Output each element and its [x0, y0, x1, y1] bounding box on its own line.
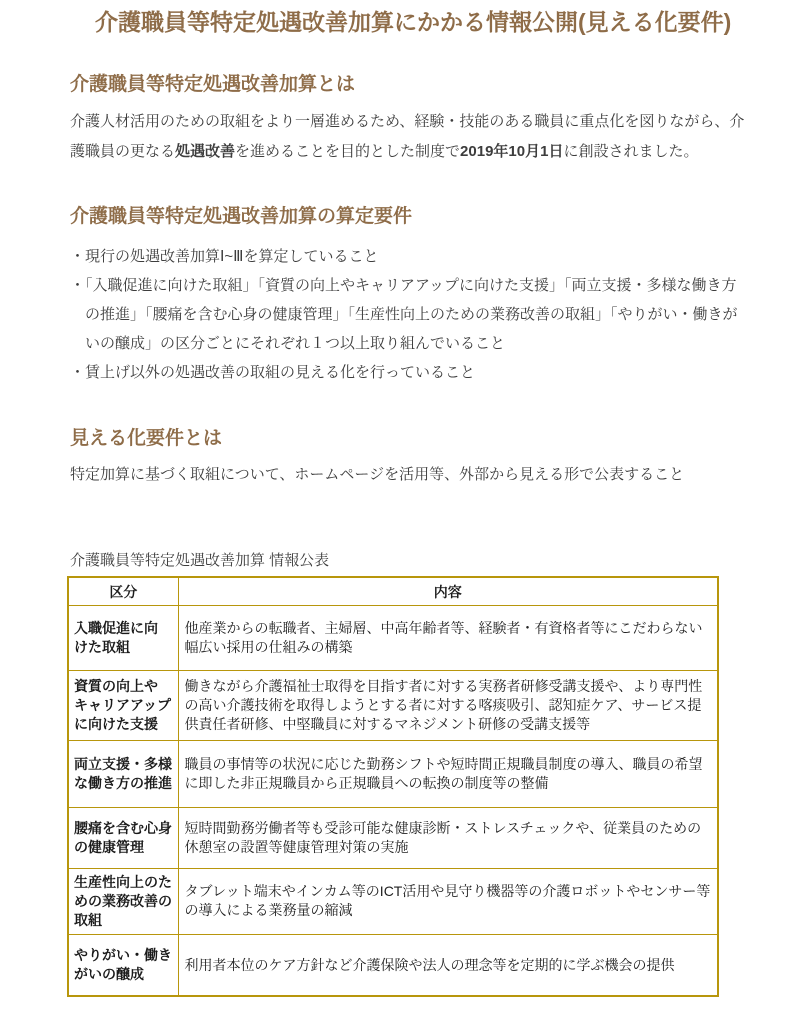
section-about: 介護職員等特定処遇改善加算とは 介護人材活用のための取組をより一層進めるため、経…: [70, 73, 745, 167]
requirement-bullet-2: ・「入職促進に向けた取組」「資質の向上やキャリアアップに向けた支援」「両立支援・…: [70, 271, 745, 358]
table-row-career-support: 資質の向上や キャリアアップ に向けた支援 働きながら介護福祉士取得を目指す者に…: [68, 670, 718, 740]
section-heading-visibility: 見える化要件とは: [70, 427, 745, 452]
requirement-bullet-3: ・賃上げ以外の処遇改善の取組の見える化を行っていること: [70, 358, 745, 387]
requirement-bullet-1: ・現行の処遇改善加算Ⅰ~Ⅲを算定していること: [70, 242, 745, 271]
content-cell: 他産業からの転職者、主婦層、中高年齢者等、経験者・有資格者等にこだわらない幅広い…: [178, 605, 718, 670]
about-paragraph: 介護人材活用のための取組をより一層進めるため、経験・技能のある職員に重点化を図り…: [70, 107, 745, 167]
about-text-2: を進めることを目的とした制度で: [235, 143, 460, 160]
table-row-productivity: 生産性向上のた めの業務改善の 取組 タブレット端末やインカム等のICT活用や見…: [68, 868, 718, 934]
section-visibility: 見える化要件とは 特定加算に基づく取組について、ホームページを活用等、外部から見…: [70, 427, 745, 491]
section-heading-requirements: 介護職員等特定処遇改善加算の算定要件: [70, 205, 745, 230]
content-cell: 働きながら介護福祉士取得を目指す者に対する実務者研修受講支援や、より専門性の高い…: [178, 670, 718, 740]
column-header-category: 区分: [68, 577, 178, 605]
content-cell: 短時間勤務労働者等も受診可能な健康診断・ストレスチェックや、従業員のための休憩室…: [178, 807, 718, 868]
table-header-row: 区分 内容: [68, 577, 718, 605]
content-cell: 職員の事情等の状況に応じた勤務シフトや短時間正規職員制度の導入、職員の希望に即し…: [178, 740, 718, 807]
category-cell: 生産性向上のた めの業務改善の 取組: [68, 868, 178, 934]
about-text-3: に創設されました。: [563, 143, 698, 160]
about-bold-date: 2019年10月1日: [460, 143, 563, 160]
category-cell: 腰痛を含む心身 の健康管理: [68, 807, 178, 868]
disclosure-table: 区分 内容 入職促進に向 けた取組 他産業からの転職者、主婦層、中高年齢者等、経…: [67, 576, 719, 997]
table-row-health-management: 腰痛を含む心身 の健康管理 短時間勤務労働者等も受診可能な健康診断・ストレスチェ…: [68, 807, 718, 868]
table-row-recruitment: 入職促進に向 けた取組 他産業からの転職者、主婦層、中高年齢者等、経験者・有資格…: [68, 605, 718, 670]
requirements-bullet-list: ・現行の処遇改善加算Ⅰ~Ⅲを算定していること ・「入職促進に向けた取組」「資質の…: [70, 242, 745, 387]
section-requirements: 介護職員等特定処遇改善加算の算定要件 ・現行の処遇改善加算Ⅰ~Ⅲを算定しているこ…: [70, 205, 745, 387]
category-cell: 資質の向上や キャリアアップ に向けた支援: [68, 670, 178, 740]
disclosure-table-block: 介護職員等特定処遇改善加算 情報公表 区分 内容 入職促進に向 けた取組 他産業…: [70, 550, 745, 997]
content-cell: タブレット端末やインカム等のICT活用や見守り機器等の介護ロボットやセンサー等の…: [178, 868, 718, 934]
category-cell: 両立支援・多様 な働き方の推進: [68, 740, 178, 807]
page-title: 介護職員等特定処遇改善加算にかかる情報公開(見える化要件): [70, 6, 745, 39]
content-cell: 利用者本位のケア方針など介護保険や法人の理念等を定期的に学ぶ機会の提供: [178, 934, 718, 996]
section-heading-about: 介護職員等特定処遇改善加算とは: [70, 73, 745, 98]
table-row-motivation: やりがい・働き がいの醸成 利用者本位のケア方針など介護保険や法人の理念等を定期…: [68, 934, 718, 996]
visibility-paragraph: 特定加算に基づく取組について、ホームページを活用等、外部から見える形で公表するこ…: [70, 460, 745, 490]
category-cell: やりがい・働き がいの醸成: [68, 934, 178, 996]
about-bold-shoguukaizen: 処遇改善: [175, 143, 235, 160]
category-cell: 入職促進に向 けた取組: [68, 605, 178, 670]
column-header-content: 内容: [178, 577, 718, 605]
table-row-work-style: 両立支援・多様 な働き方の推進 職員の事情等の状況に応じた勤務シフトや短時間正規…: [68, 740, 718, 807]
table-title: 介護職員等特定処遇改善加算 情報公表: [70, 550, 745, 572]
document-page: 介護職員等特定処遇改善加算にかかる情報公開(見える化要件) 介護職員等特定処遇改…: [0, 0, 811, 997]
